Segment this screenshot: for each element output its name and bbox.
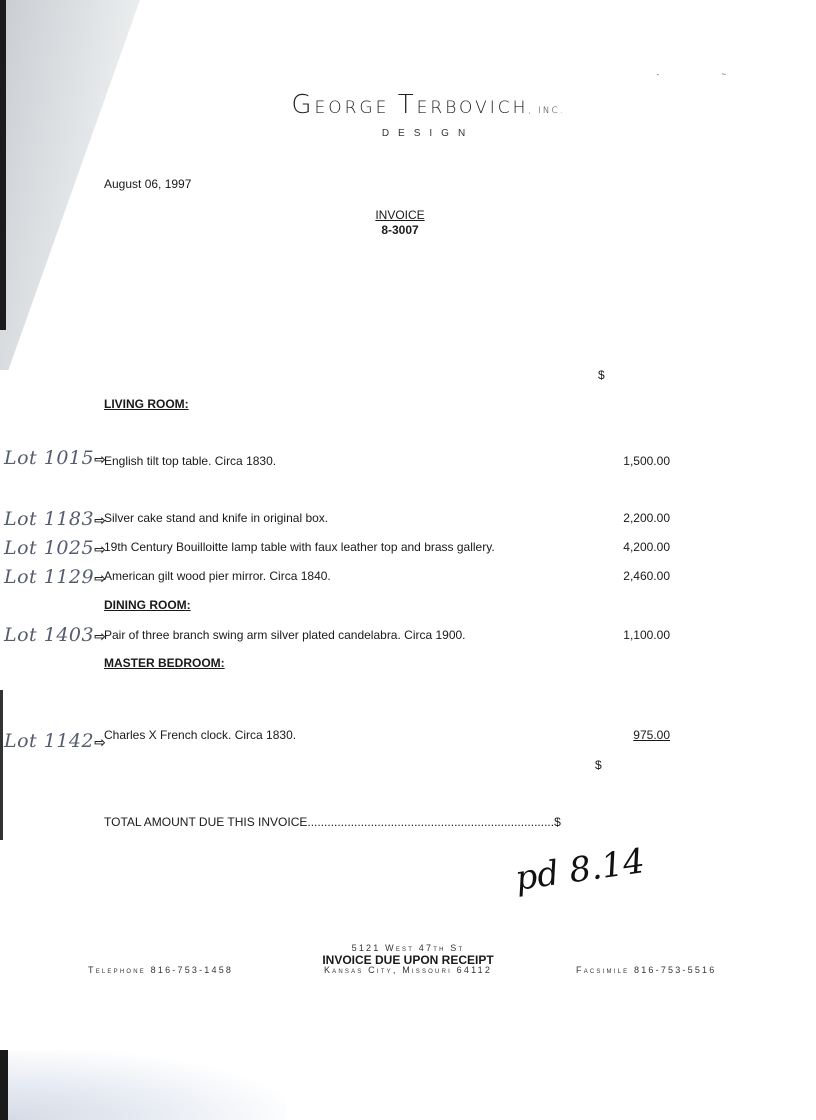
line-item-amount: 1,100.00	[580, 628, 670, 642]
line-item-amount: 4,200.00	[580, 540, 670, 554]
handwritten-paid-note: pd 8.14	[513, 841, 647, 899]
logo-text-terbovich: ERBOVICH	[417, 98, 529, 118]
logo-text-george: EORGE	[314, 98, 397, 118]
total-currency: $	[554, 815, 561, 829]
scan-fold-shadow-bottom	[6, 1050, 286, 1120]
scan-edge-bottom	[0, 1050, 8, 1120]
line-item-description: Charles X French clock. Circa 1830.	[104, 728, 296, 742]
lot-annotation: Lot 1403⇨	[4, 624, 106, 646]
line-item-description: 19th Century Bouilloitte lamp table with…	[104, 540, 495, 554]
section-heading-living-room: LIVING ROOM:	[104, 397, 189, 411]
logo-initial-g: G	[291, 90, 314, 120]
company-tagline: DESIGN	[0, 128, 816, 139]
line-item-description: American gilt wood pier mirror. Circa 18…	[104, 569, 331, 583]
line-item-amount: 975.00	[580, 728, 670, 742]
section-heading-master-bedroom: MASTER BEDROOM:	[104, 656, 225, 670]
scan-edge-middle	[0, 690, 3, 840]
company-logo: GEORGE TERBOVICH, INC.	[0, 90, 816, 120]
lot-annotation: Lot 1015⇨	[4, 447, 106, 469]
invoice-title: INVOICE	[370, 208, 430, 222]
currency-symbol-top: $	[598, 368, 605, 382]
total-leader-dots: ........................................…	[307, 815, 554, 829]
lot-annotation: Lot 1142⇨	[4, 730, 106, 752]
total-label: TOTAL AMOUNT DUE THIS INVOICE	[104, 815, 307, 829]
footer-telephone: Telephone 816-753-1458	[88, 965, 233, 975]
invoice-date: August 06, 1997	[104, 177, 191, 191]
section-heading-dining-room: DINING ROOM:	[104, 598, 191, 612]
line-item-amount: 2,460.00	[580, 569, 670, 583]
footer-facsimile: Facsimile 816-753-5516	[576, 965, 716, 975]
line-item-amount: 1,500.00	[580, 454, 670, 468]
invoice-number: 8-3007	[370, 223, 430, 237]
line-item-description: Silver cake stand and knife in original …	[104, 511, 328, 525]
footer-address-line1: 5121 West 47th St	[0, 943, 816, 953]
total-amount-due: TOTAL AMOUNT DUE THIS INVOICE...........…	[104, 815, 561, 829]
logo-initial-t: T	[398, 90, 417, 120]
currency-symbol-subtotal: $	[595, 758, 602, 772]
logo-suffix: , INC.	[528, 106, 564, 116]
lot-annotation: Lot 1183⇨	[4, 508, 106, 530]
line-item-description: Pair of three branch swing arm silver pl…	[104, 628, 466, 642]
line-item-description: English tilt top table. Circa 1830.	[104, 454, 276, 468]
lot-annotation: Lot 1129⇨	[4, 566, 106, 588]
scan-specks: - ~	[656, 70, 756, 79]
line-item-amount: 2,200.00	[580, 511, 670, 525]
lot-annotation: Lot 1025⇨	[4, 537, 106, 559]
scan-edge-top	[0, 0, 6, 330]
